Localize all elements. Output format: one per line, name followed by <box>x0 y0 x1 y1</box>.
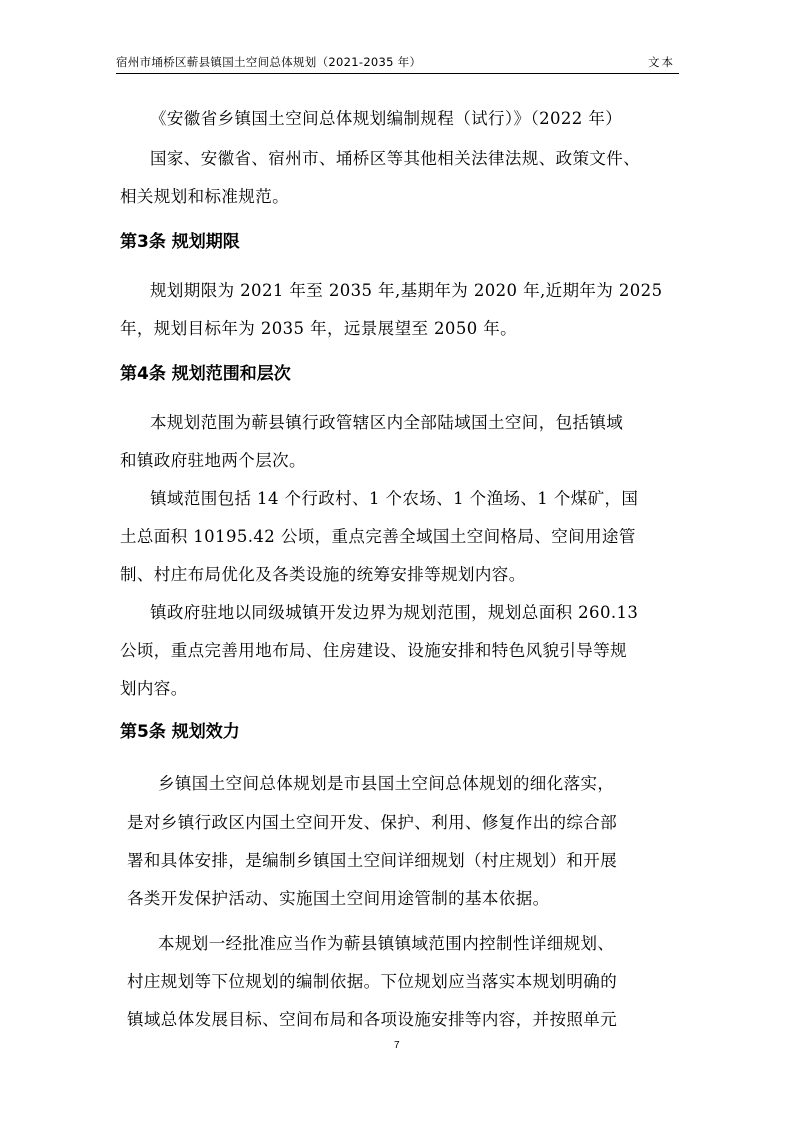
text-line: 制、村庄布局优化及各类设施的统筹安排等规划内容。 <box>120 565 676 585</box>
text-line: 署和具体安排，是编制乡镇国土空间详细规划（村庄规划）和开展 <box>127 851 683 871</box>
text-line: 国家、安徽省、宿州市、埇桥区等其他相关法律法规、政策文件、 <box>150 149 706 169</box>
text-line: 相关规划和标准规范。 <box>120 187 676 207</box>
text-line: 是对乡镇行政区内国土空间开发、保护、利用、修复作出的综合部 <box>127 813 683 833</box>
text-line: 公顷，重点完善用地布局、住房建设、设施安排和特色风貌引导等规 <box>120 641 676 661</box>
text-line: 各类开发保护活动、实施国土空间用途管制的基本依据。 <box>127 889 683 909</box>
text-line: 年，规划目标年为 2035 年，远景展望至 2050 年。 <box>120 319 676 339</box>
section-label: 文本 <box>648 53 675 71</box>
text-line: 《安徽省乡镇国土空间总体规划编制规程（试行）》（2022 年） <box>150 109 706 129</box>
text-line: 本规划范围为蕲县镇行政管辖区内全部陆域国土空间，包括镇域 <box>150 413 706 433</box>
text-line: 划内容。 <box>120 679 676 699</box>
article-heading: 第3条 规划期限 <box>120 232 240 252</box>
text-line: 镇政府驻地以同级城镇开发边界为规划范围，规划总面积 260.13 <box>150 603 706 623</box>
text-line: 和镇政府驻地两个层次。 <box>120 451 676 471</box>
text-line: 本规划一经批准应当作为蕲县镇镇域范围内控制性详细规划、 <box>158 934 714 954</box>
page-header: 宿州市埇桥区蕲县镇国土空间总体规划（2021-2035 年） 文本 <box>116 53 679 74</box>
text-line: 规划期限为 2021 年至 2035 年,基期年为 2020 年,近期年为 20… <box>150 281 706 301</box>
text-line: 村庄规划等下位规划的编制依据。下位规划应当落实本规划明确的 <box>127 972 683 992</box>
document-title: 宿州市埇桥区蕲县镇国土空间总体规划（2021-2035 年） <box>116 53 421 71</box>
text-line: 乡镇国土空间总体规划是市县国土空间总体规划的细化落实， <box>158 774 714 794</box>
text-line: 镇域总体发展目标、空间布局和各项设施安排等内容，并按照单元 <box>127 1010 683 1030</box>
text-line: 镇域范围包括 14 个行政村、1 个农场、1 个渔场、1 个煤矿，国 <box>150 489 706 509</box>
article-heading: 第4条 规划范围和层次 <box>120 364 291 384</box>
text-line: 土总面积 10195.42 公顷，重点完善全域国土空间格局、空间用途管 <box>120 527 676 547</box>
page-number: 7 <box>394 1040 400 1051</box>
article-heading: 第5条 规划效力 <box>120 722 240 742</box>
